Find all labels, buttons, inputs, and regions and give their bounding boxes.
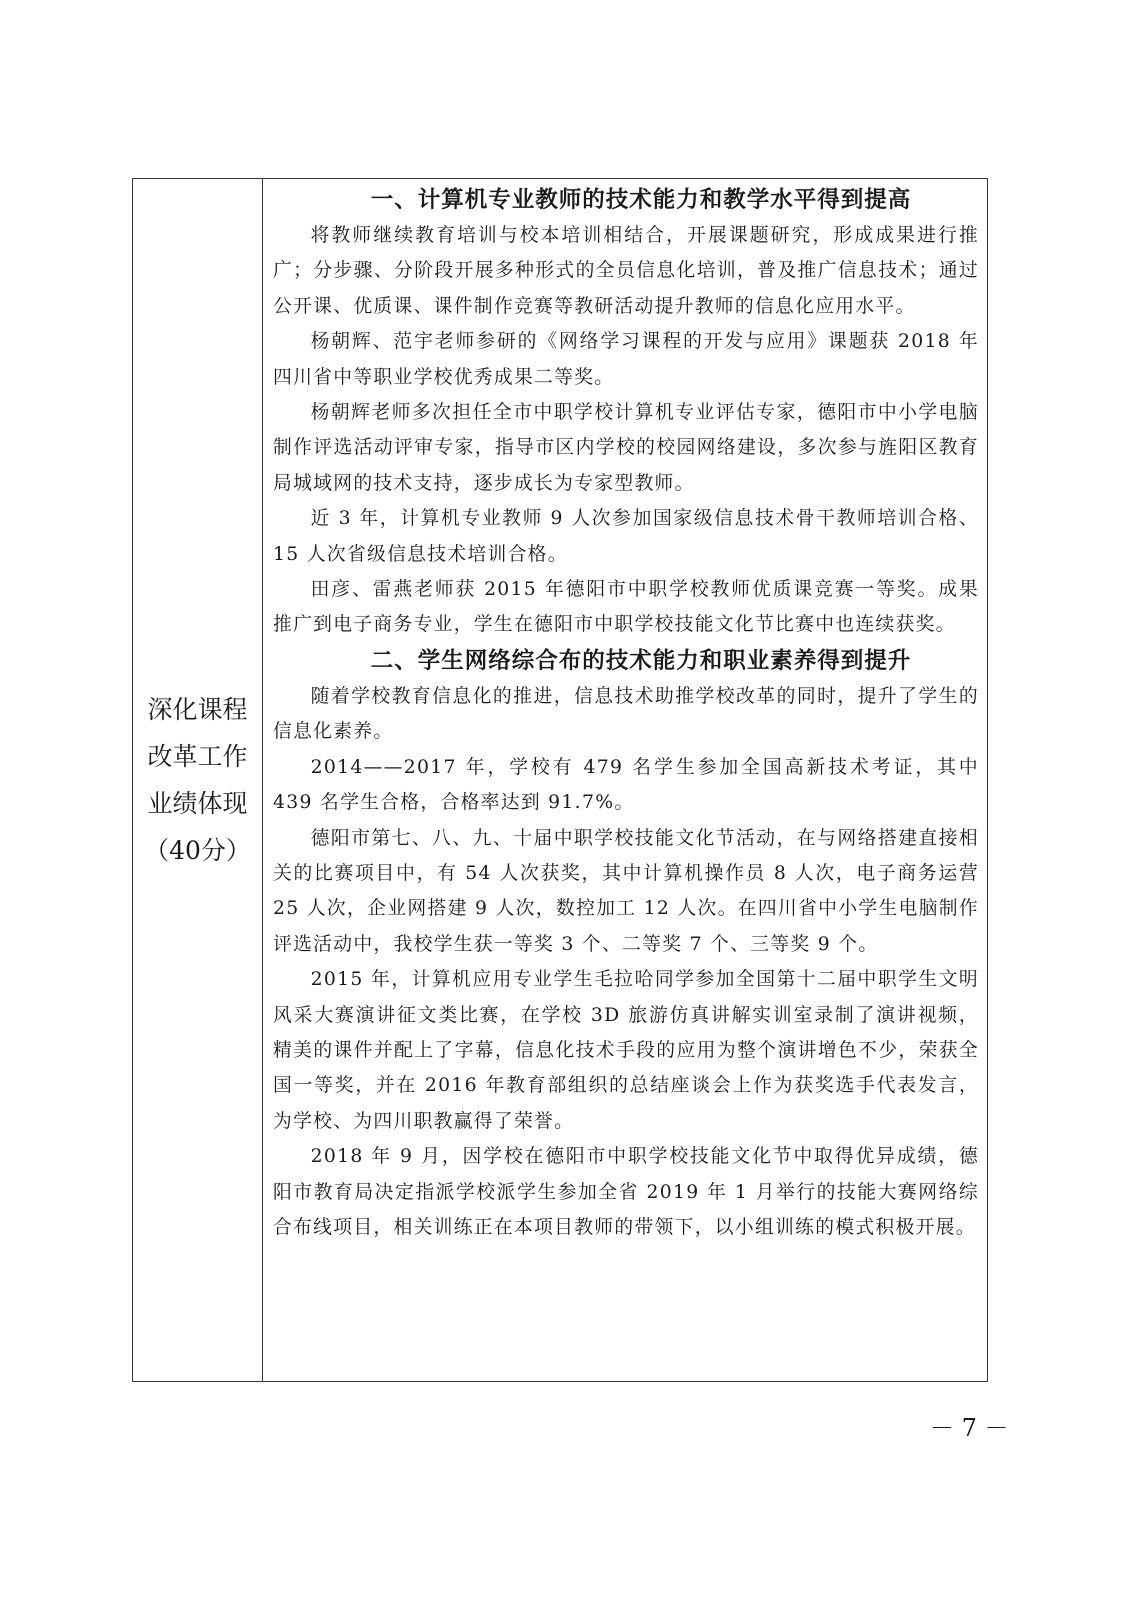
category-label-cell: 深化课程 改革工作 业绩体现 （40分） bbox=[133, 179, 263, 1381]
paragraph: 田彦、雷燕老师获 2015 年德阳市中职学校教师优质课竞赛一等奖。成果推广到电子… bbox=[273, 572, 979, 643]
paragraph: 2015 年，计算机应用专业学生毛拉哈同学参加全国第十二届中职学生文明风采大赛演… bbox=[273, 962, 979, 1139]
paragraph: 随着学校教育信息化的推进，信息技术助推学校改革的同时，提升了学生的信息化素养。 bbox=[273, 679, 979, 750]
paragraph: 2014——2017 年，学校有 479 名学生参加全国高新技术考证，其中 43… bbox=[273, 750, 979, 821]
category-label-line: 业绩体现 bbox=[147, 780, 247, 827]
paragraph: 德阳市第七、八、九、十届中职学校技能文化节活动，在与网络搭建直接相关的比赛项目中… bbox=[273, 821, 979, 963]
section-heading: 二、学生网络综合布的技术能力和职业素养得到提升 bbox=[273, 643, 979, 679]
category-label-line: 深化课程 bbox=[147, 686, 247, 733]
category-label-line: 改革工作 bbox=[147, 733, 247, 780]
page-number: － 7 － bbox=[930, 1408, 1009, 1443]
paragraph: 2018 年 9 月，因学校在德阳市中职学校技能文化节中取得优异成绩，德阳市教育… bbox=[273, 1139, 979, 1245]
section-heading: 一、计算机专业教师的技术能力和教学水平得到提高 bbox=[273, 182, 979, 218]
achievement-table: 深化课程 改革工作 业绩体现 （40分） 一、计算机专业教师的技术能力和教学水平… bbox=[132, 178, 988, 1382]
category-label-line: （40分） bbox=[144, 827, 251, 874]
paragraph: 近 3 年，计算机专业教师 9 人次参加国家级信息技术骨干教师培训合格、15 人… bbox=[273, 501, 979, 572]
paragraph: 杨朝辉、范宇老师参研的《网络学习课程的开发与应用》课题获 2018 年四川省中等… bbox=[273, 324, 979, 395]
content-cell: 一、计算机专业教师的技术能力和教学水平得到提高 将教师继续教育培训与校本培训相结… bbox=[263, 179, 987, 1381]
paragraph: 杨朝辉老师多次担任全市中职学校计算机专业评估专家，德阳市中小学电脑制作评选活动评… bbox=[273, 395, 979, 501]
paragraph: 将教师继续教育培训与校本培训相结合，开展课题研究，形成成果进行推广；分步骤、分阶… bbox=[273, 218, 979, 324]
